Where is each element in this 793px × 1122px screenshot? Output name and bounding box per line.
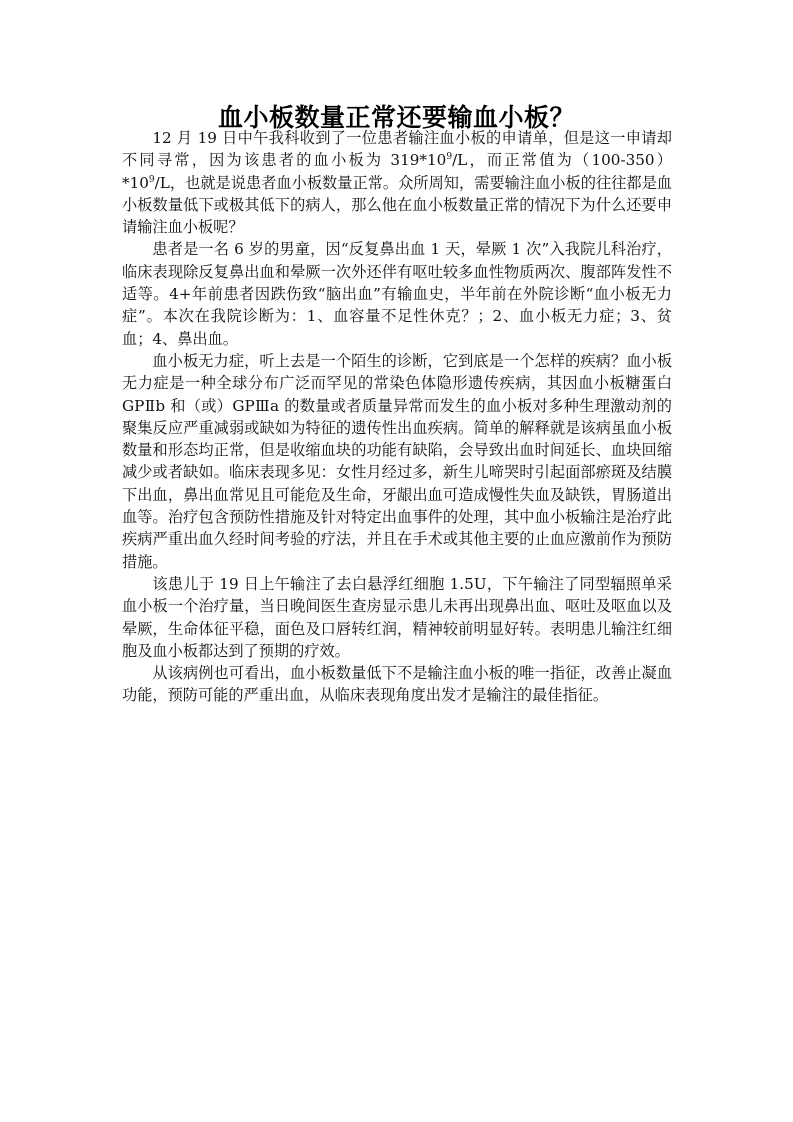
document-body: 12 月 19 日中午我科收到了一位患者输注血小板的申请单，但是这一申请却不同寻… [122,127,672,707]
paragraph-2: 患者是一名 6 岁的男童，因“反复鼻出血 1 天，晕厥 1 次”入我院儿科治疗，… [122,238,672,349]
document-page: 血小板数量正常还要输血小板？ 12 月 19 日中午我科收到了一位患者输注血小板… [0,0,793,1122]
paragraph-4: 该患儿于 19 日上午输注了去白悬浮红细胞 1.5U，下午输注了同型辐照单采血小… [122,573,672,662]
paragraph-1: 12 月 19 日中午我科收到了一位患者输注血小板的申请单，但是这一申请却不同寻… [122,127,672,238]
paragraph-3: 血小板无力症，听上去是一个陌生的诊断，它到底是一个怎样的疾病？血小板无力症是一种… [122,350,672,573]
paragraph-5: 从该病例也可看出，血小板数量低下不是输注血小板的唯一指征，改善止凝血功能，预防可… [122,662,672,707]
